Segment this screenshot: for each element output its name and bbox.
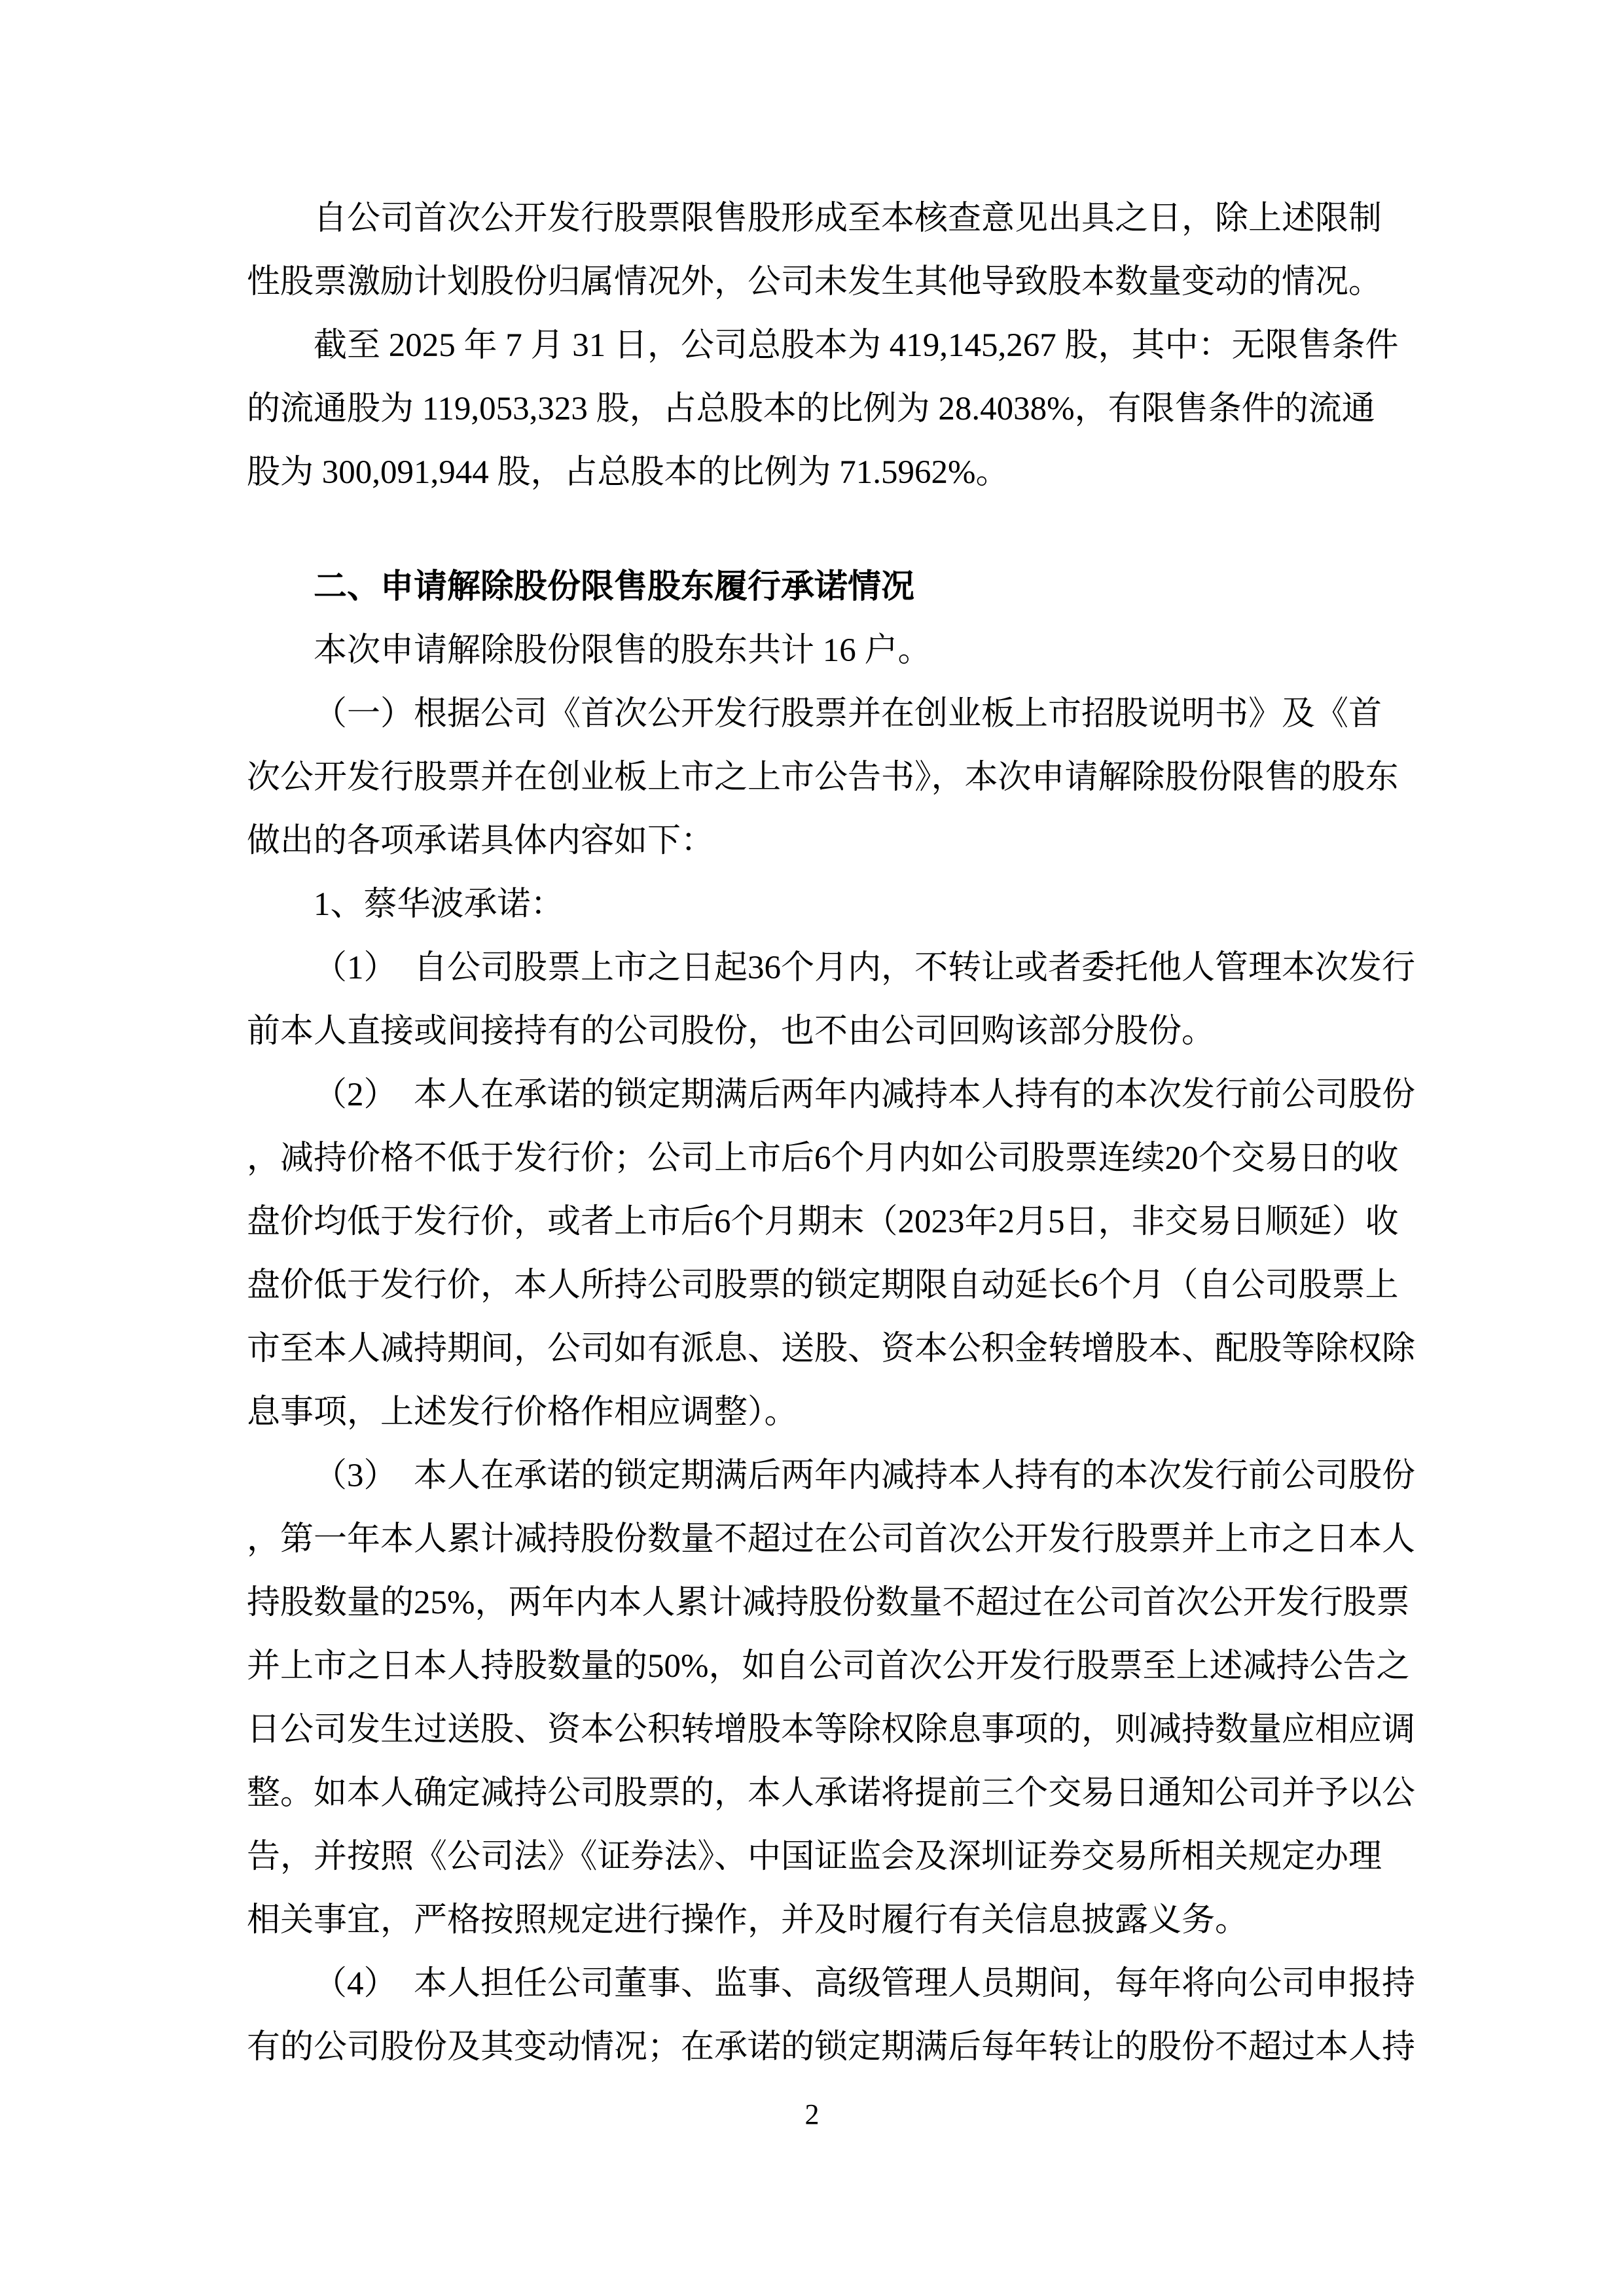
text-line: 盘价低于发行价，本人所持公司股票的锁定期限自动延长6个月（自公司股票上 (247, 1254, 1379, 1318)
text-line: （1） 自公司股票上市之日起36个月内，不转让或者委托他人管理本次发行 (247, 937, 1379, 1000)
text-line: （2） 本人在承诺的锁定期满后两年内减持本人持有的本次发行前公司股份 (247, 1064, 1379, 1127)
text-block: 自公司首次公开发行股票限售股形成至本核查意见出具之日，除上述限制 性股票激励计划… (247, 187, 1379, 2079)
text-line: ，第一年本人累计减持股份数量不超过在公司首次公开发行股票并上市之日本人 (247, 1508, 1379, 1571)
text-line: 1、蔡华波承诺： (247, 873, 1379, 937)
text-line: 日公司发生过送股、资本公积转增股本等除权除息事项的，则减持数量应相应调 (247, 1698, 1379, 1762)
text-line: 市至本人减持期间，公司如有派息、送股、资本公积金转增股本、配股等除权除 (247, 1318, 1379, 1381)
text-line: 息事项，上述发行价格作相应调整）。 (247, 1381, 1379, 1444)
text-line: 自公司首次公开发行股票限售股形成至本核查意见出具之日，除上述限制 (247, 187, 1379, 251)
text-line: （3） 本人在承诺的锁定期满后两年内减持本人持有的本次发行前公司股份 (247, 1444, 1379, 1508)
text-line: 做出的各项承诺具体内容如下： (247, 810, 1379, 873)
section-heading: 二、申请解除股份限售股东履行承诺情况 (247, 556, 1379, 619)
text-line: 有的公司股份及其变动情况；在承诺的锁定期满后每年转让的股份不超过本人持 (247, 2016, 1379, 2079)
text-line: 盘价均低于发行价，或者上市后6个月期末（2023年2月5日，非交易日顺延）收 (247, 1191, 1379, 1254)
text-line: 整。如本人确定减持公司股票的，本人承诺将提前三个交易日通知公司并予以公 (247, 1762, 1379, 1825)
text-line: 的流通股为 119,053,323 股，占总股本的比例为 28.4038%，有限… (247, 378, 1379, 441)
text-line: 本次申请解除股份限售的股东共计 16 户。 (247, 619, 1379, 683)
paragraph-commitments-intro: （一）根据公司《首次公开发行股票并在创业板上市招股说明书》及《首 次公开发行股票… (247, 683, 1379, 873)
paragraph-commitment-2: （2） 本人在承诺的锁定期满后两年内减持本人持有的本次发行前公司股份 ，减持价格… (247, 1064, 1379, 1444)
paragraph-commitment-3: （3） 本人在承诺的锁定期满后两年内减持本人持有的本次发行前公司股份 ，第一年本… (247, 1444, 1379, 1952)
text-line: ，减持价格不低于发行价；公司上市后6个月内如公司股票连续20个交易日的收 (247, 1127, 1379, 1191)
text-line: 前本人直接或间接持有的公司股份，也不由公司回购该部分股份。 (247, 1000, 1379, 1064)
paragraph-commitment-4: （4） 本人担任公司董事、监事、高级管理人员期间，每年将向公司申报持 有的公司股… (247, 1952, 1379, 2079)
text-line: 截至 2025 年 7 月 31 日，公司总股本为 419,145,267 股，… (247, 314, 1379, 378)
text-line: 性股票激励计划股份归属情况外，公司未发生其他导致股本数量变动的情况。 (247, 251, 1379, 314)
page-number: 2 (0, 2098, 1624, 2131)
text-line: 次公开发行股票并在创业板上市之上市公告书》，本次申请解除股份限售的股东 (247, 746, 1379, 810)
text-line: 告，并按照《公司法》《证券法》、中国证监会及深圳证券交易所相关规定办理 (247, 1825, 1379, 1889)
paragraph-share-capital-statement: 截至 2025 年 7 月 31 日，公司总股本为 419,145,267 股，… (247, 314, 1379, 505)
text-line: 相关事宜，严格按照规定进行操作，并及时履行有关信息披露义务。 (247, 1889, 1379, 1952)
paragraph-share-change-statement: 自公司首次公开发行股票限售股形成至本核查意见出具之日，除上述限制 性股票激励计划… (247, 187, 1379, 314)
text-line: （一）根据公司《首次公开发行股票并在创业板上市招股说明书》及《首 (247, 683, 1379, 746)
paragraph-commitment-1: （1） 自公司股票上市之日起36个月内，不转让或者委托他人管理本次发行 前本人直… (247, 937, 1379, 1064)
text-line: 股为 300,091,944 股，占总股本的比例为 71.5962%。 (247, 441, 1379, 505)
text-line: 并上市之日本人持股数量的50%，如自公司首次公开发行股票至上述减持公告之 (247, 1635, 1379, 1698)
text-line: （4） 本人担任公司董事、监事、高级管理人员期间，每年将向公司申报持 (247, 1952, 1379, 2016)
section-heading-text: 二、申请解除股份限售股东履行承诺情况 (247, 556, 1379, 619)
paragraph-shareholder-count: 本次申请解除股份限售的股东共计 16 户。 (247, 619, 1379, 683)
paragraph-cai-huabo-commitment-title: 1、蔡华波承诺： (247, 873, 1379, 937)
text-line: 持股数量的25%，两年内本人累计减持股份数量不超过在公司首次公开发行股票 (247, 1571, 1379, 1635)
document-page: 自公司首次公开发行股票限售股形成至本核查意见出具之日，除上述限制 性股票激励计划… (0, 0, 1624, 2296)
